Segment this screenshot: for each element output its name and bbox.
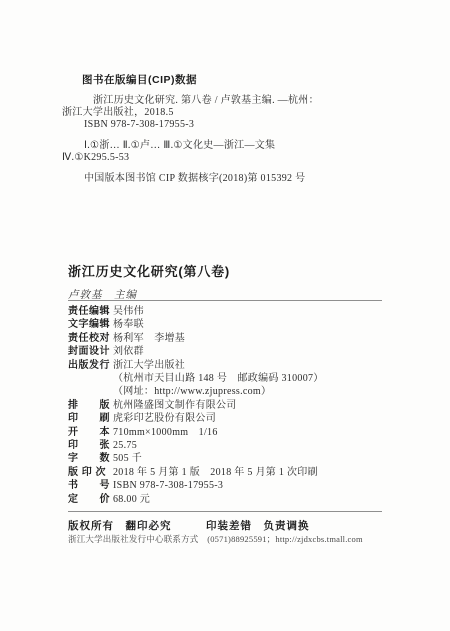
colophon-value: ISBN 978-7-308-17955-3 — [113, 479, 223, 492]
cip-isbn-line: ISBN 978-7-308-17955-3 — [62, 119, 392, 131]
colophon-row: 印 刷 虎彩印艺股份有限公司 — [68, 412, 428, 425]
colophon-value: 刘依群 — [113, 345, 144, 358]
cip-heading: 图书在版编目(CIP)数据 — [62, 74, 392, 86]
colophon-value: 25.75 — [113, 439, 137, 452]
colophon-row: 书 号 ISBN 978-7-308-17955-3 — [68, 479, 428, 492]
colophon-label: 责任校对 — [68, 332, 113, 345]
colophon-row: 印 张 25.75 — [68, 439, 428, 452]
colophon-label: 定 价 — [68, 493, 113, 506]
colophon-value: 吴伟伟 — [113, 305, 144, 318]
colophon-value: 杭州隆盛图文制作有限公司 — [113, 399, 237, 412]
colophon-row: 字 数 505 千 — [68, 452, 428, 465]
title-block: 浙江历史文化研究(第八卷) 卢敦基 主编 — [68, 261, 382, 302]
colophon-row: 封面设计 刘依群 — [68, 345, 428, 358]
colophon-row: （杭州市天目山路 148 号 邮政编码 310007） — [68, 372, 428, 385]
colophon-label: 书 号 — [68, 479, 113, 492]
colophon-value: 杨奉联 — [113, 318, 144, 331]
colophon-label — [68, 385, 113, 398]
colophon-value: 710mm×1000mm 1/16 — [113, 426, 218, 439]
copyright-page: 图书在版编目(CIP)数据 浙江历史文化研究. 第八卷 / 卢敦基主编. —杭州… — [0, 0, 450, 631]
colophon-label: 责任编辑 — [68, 305, 113, 318]
book-title: 浙江历史文化研究(第八卷) — [68, 261, 382, 280]
colophon-value: 505 千 — [113, 452, 142, 465]
cip-record-line-1: 浙江历史文化研究. 第八卷 / 卢敦基主编. —杭州： — [62, 95, 392, 107]
divider-top — [68, 300, 382, 301]
colophon-value: （网址：http://www.zjupress.com） — [113, 385, 271, 398]
colophon-block: 责任编辑 吴伟伟 文字编辑 杨奉联 责任校对 杨利军 李增基 封面设计 刘依群 … — [68, 305, 428, 506]
colophon-value: 68.00 元 — [113, 493, 150, 506]
divider-bottom — [68, 511, 382, 512]
cip-class-line-2: Ⅳ.①K295.5-53 — [62, 152, 392, 164]
colophon-row: 排 版 杭州隆盛图文制作有限公司 — [68, 399, 428, 412]
cip-registry-line: 中国版本图书馆 CIP 数据核字(2018)第 015392 号 — [62, 173, 392, 185]
colophon-label: 封面设计 — [68, 345, 113, 358]
colophon-row: 版 印 次 2018 年 5 月第 1 版 2018 年 5 月第 1 次印刷 — [68, 466, 428, 479]
cip-block: 图书在版编目(CIP)数据 浙江历史文化研究. 第八卷 / 卢敦基主编. —杭州… — [62, 74, 392, 185]
colophon-row: 责任校对 杨利军 李增基 — [68, 332, 428, 345]
copyright-notice: 版权所有 翻印必究 印装差错 负责调换 — [68, 518, 310, 533]
colophon-label: 出版发行 — [68, 359, 113, 372]
colophon-row: 出版发行 浙江大学出版社 — [68, 359, 428, 372]
colophon-label: 字 数 — [68, 452, 113, 465]
cip-class-line-1: Ⅰ.①浙… Ⅱ.①卢… Ⅲ.①文化史—浙江—文集 — [62, 140, 392, 152]
cip-record-line-2: 浙江大学出版社，2018.5 — [62, 107, 392, 119]
colophon-label: 文字编辑 — [68, 318, 113, 331]
colophon-value: 2018 年 5 月第 1 版 2018 年 5 月第 1 次印刷 — [113, 466, 318, 479]
colophon-row: 开 本 710mm×1000mm 1/16 — [68, 426, 428, 439]
colophon-row: 责任编辑 吴伟伟 — [68, 305, 428, 318]
colophon-row: 文字编辑 杨奉联 — [68, 318, 428, 331]
colophon-row: （网址：http://www.zjupress.com） — [68, 385, 428, 398]
colophon-label — [68, 372, 113, 385]
colophon-row: 定 价 68.00 元 — [68, 493, 428, 506]
colophon-label: 印 张 — [68, 439, 113, 452]
colophon-value: 虎彩印艺股份有限公司 — [113, 412, 216, 425]
publisher-contact-line: 浙江大学出版社发行中心联系方式 (0571)88925591；http://zj… — [68, 533, 363, 545]
colophon-value: （杭州市天目山路 148 号 邮政编码 310007） — [113, 372, 324, 385]
colophon-label: 排 版 — [68, 399, 113, 412]
colophon-value: 杨利军 李增基 — [113, 332, 185, 345]
colophon-label: 印 刷 — [68, 412, 113, 425]
colophon-value: 浙江大学出版社 — [113, 359, 185, 372]
colophon-label: 开 本 — [68, 426, 113, 439]
colophon-label: 版 印 次 — [68, 466, 113, 479]
